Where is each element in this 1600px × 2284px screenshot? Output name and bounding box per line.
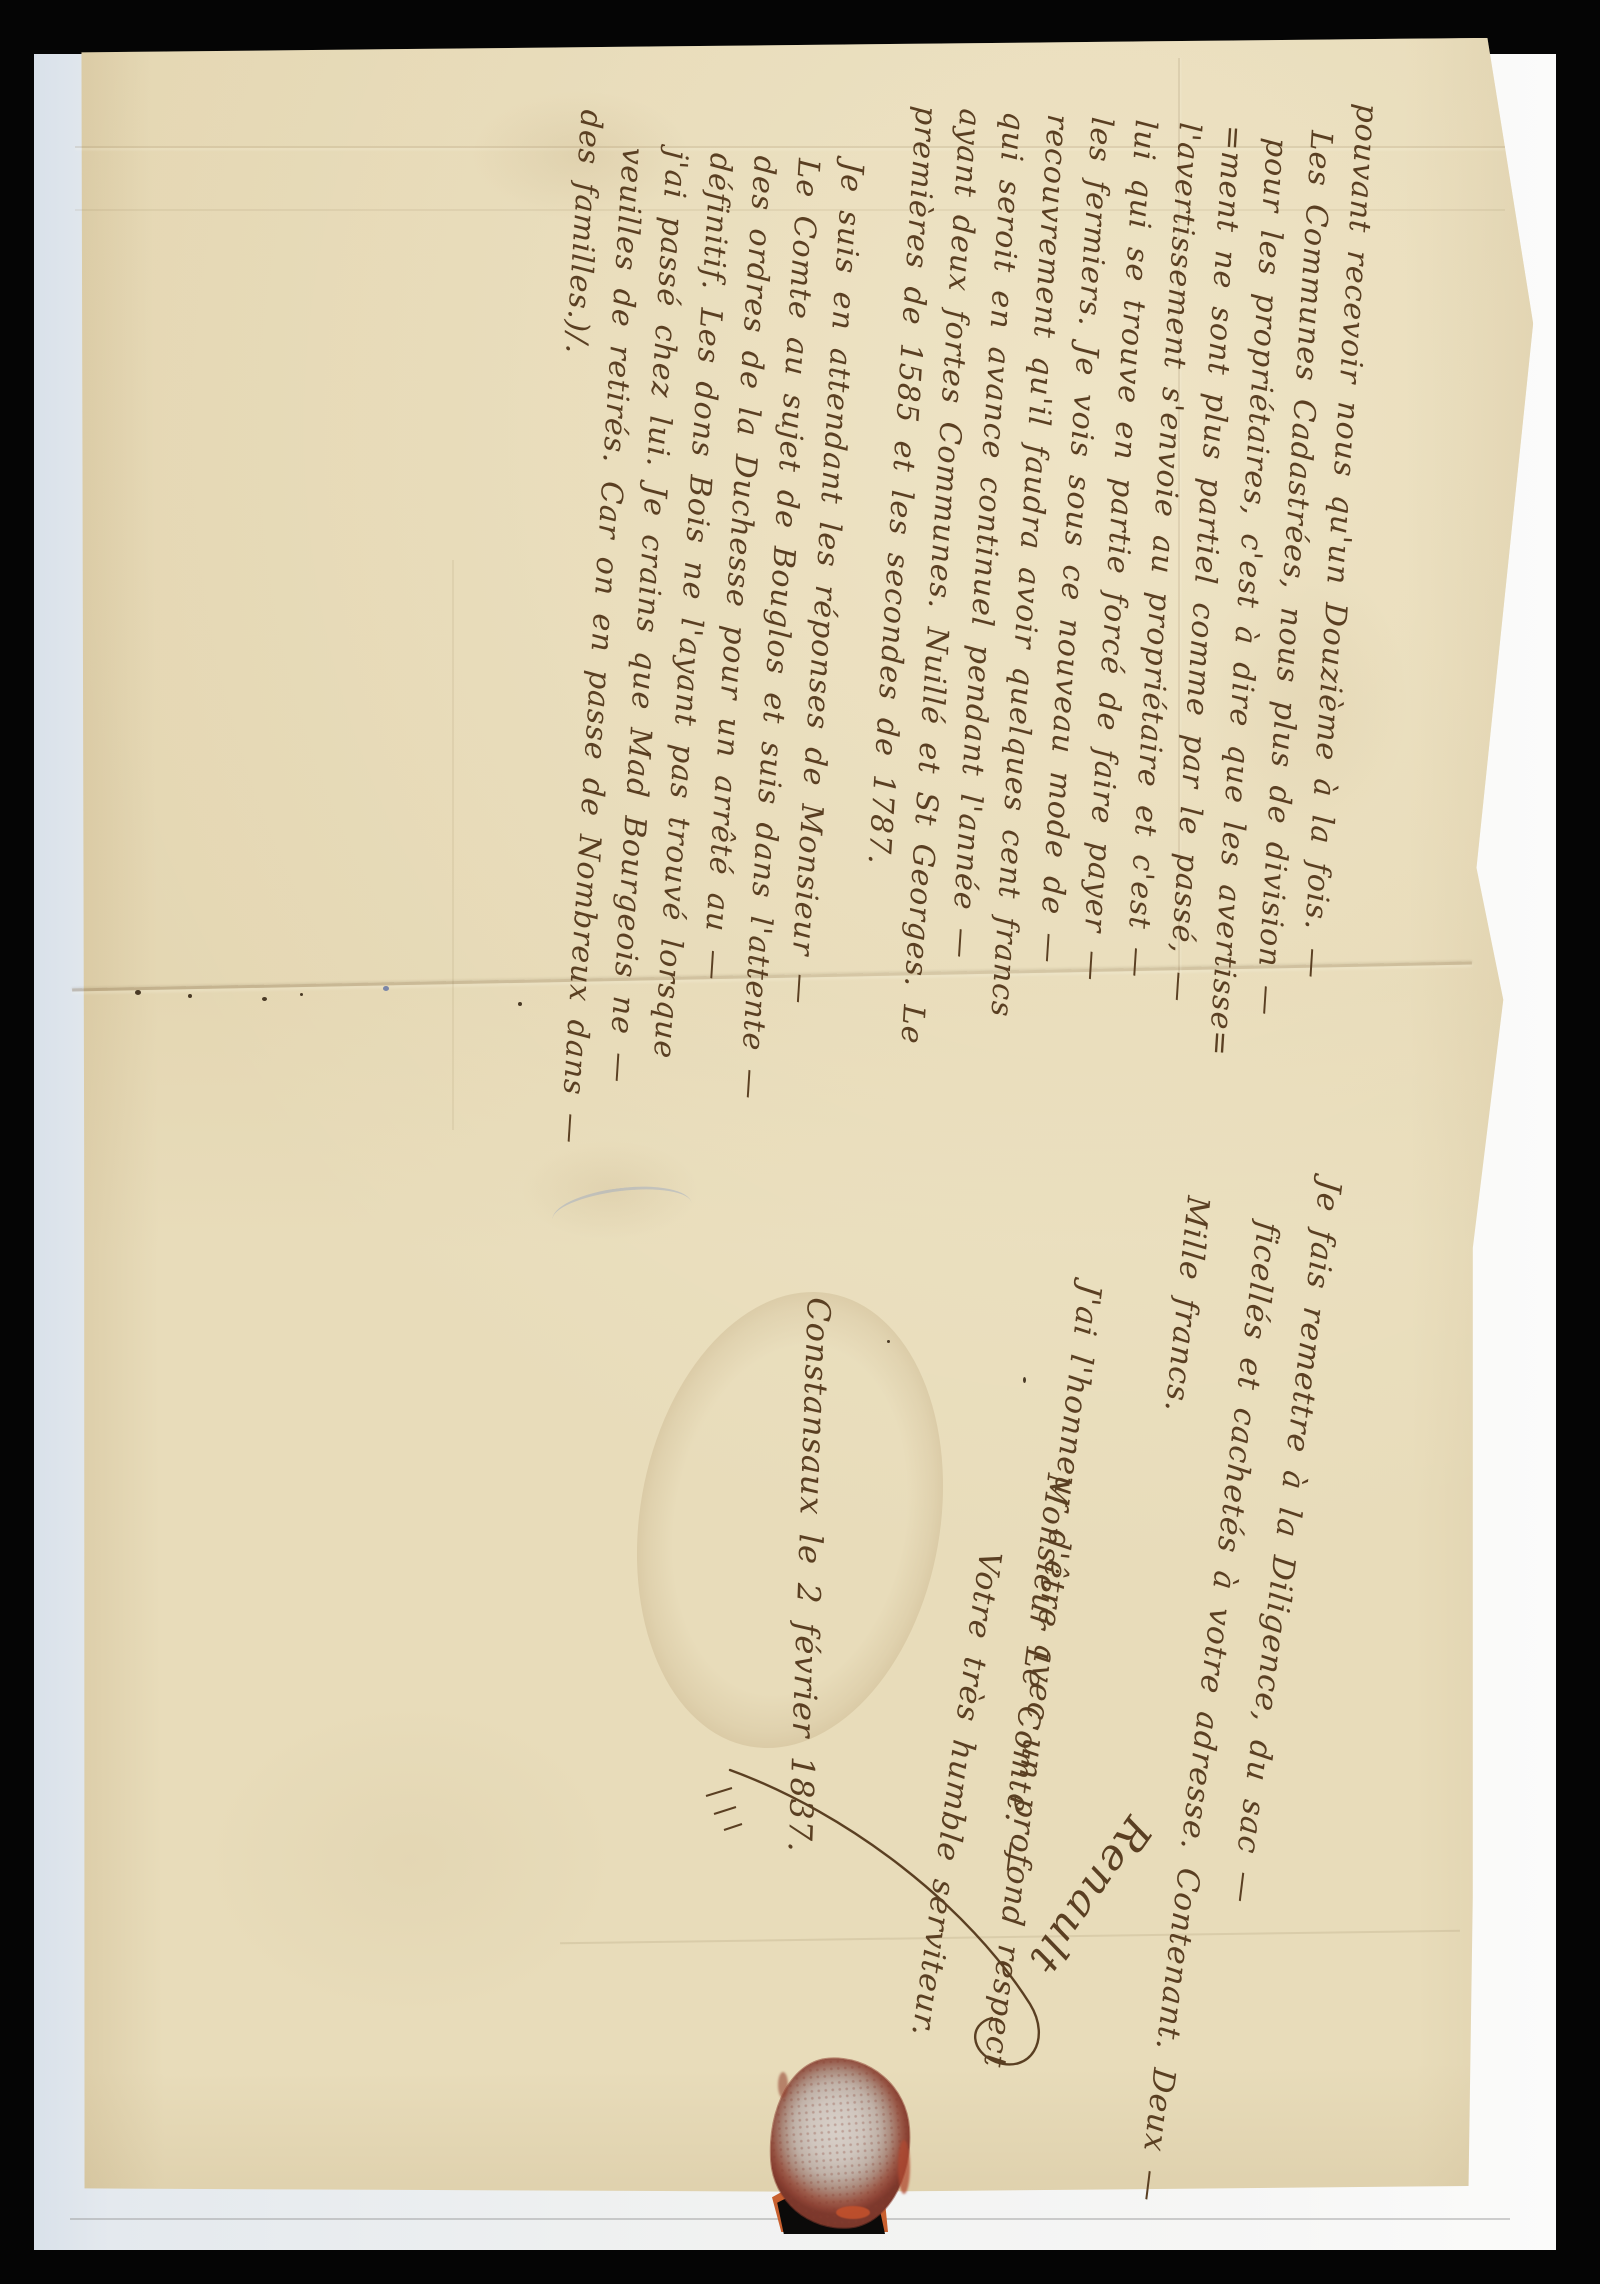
handwriting-block-top: pouvant recevoir nous qu'un Douzième à l… [502,28,1390,1118]
scanned-letter-page: pouvant recevoir nous qu'un Douzième à l… [0,0,1600,2284]
